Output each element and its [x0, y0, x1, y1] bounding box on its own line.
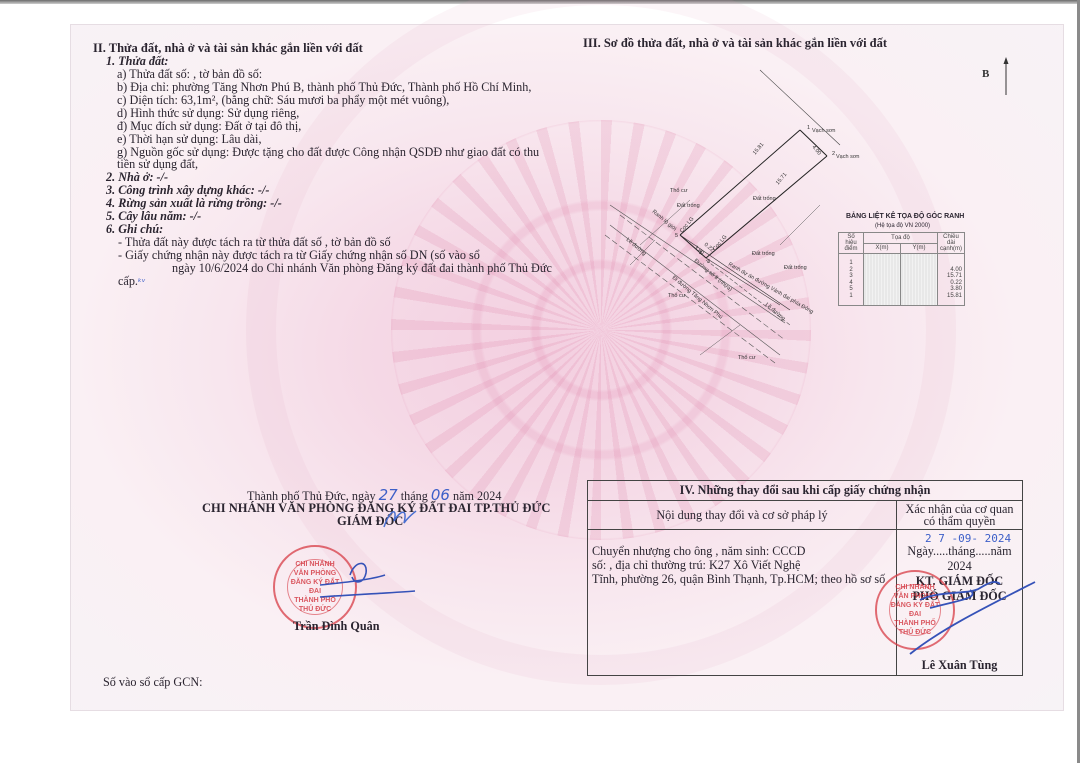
signature-right [900, 570, 1040, 660]
label-vach-son-1: Vạch sơn [812, 128, 835, 134]
signature-initials-left [380, 505, 420, 533]
svg-text:3: 3 [707, 259, 710, 265]
label-dat-trong-1: Đất trống [677, 203, 700, 209]
label-tho-cu-bottom: Thổ cư [738, 354, 756, 361]
label-dat-trong-4: Đất trống [784, 265, 807, 271]
section-iv-title: IV. Những thay đổi sau khi cấp giấy chứn… [588, 481, 1023, 501]
change-content: Chuyển nhượng cho ông , năm sinh: CCCD s… [588, 530, 897, 676]
label-coc-lg-2: Cọc LG [712, 234, 729, 252]
section-iii-title: III. Sơ đồ thửa đất, nhà ở và tài sản kh… [583, 37, 887, 50]
label-dat-trong-2: Đất trống [753, 196, 776, 202]
svg-text:5: 5 [675, 233, 678, 239]
label-coc-lg-1: Cọc LG [679, 216, 696, 234]
label-tho-cu-left: Thổ cư [668, 292, 686, 299]
label-duong-so-8: Đường số 8 (nhựa) [693, 258, 733, 293]
registry-label: Số vào sổ cấp GCN: [103, 676, 203, 689]
note-issue-date: ngày 10/6/2024 do Chi nhánh Văn phòng Đă… [172, 262, 552, 275]
redacted-y-coords [901, 254, 938, 306]
signer-name-left: Trần Đình Quân [293, 620, 379, 633]
svg-text:1: 1 [807, 125, 810, 131]
label-tho-cu-top: Thổ cư [670, 187, 688, 194]
label-le-duong-left: Lề đường [625, 237, 647, 257]
label-ranh-lo-gioi: Ranh lộ giới [651, 209, 678, 233]
signer-name-right: Lê Xuân Tùng [901, 658, 1018, 673]
label-vach-son-2: Vạch sơn [836, 154, 859, 160]
note-issued: cấp.ᵏᵛ [118, 275, 146, 290]
signature-left [300, 555, 420, 610]
dim-15-81: 15.81 [752, 142, 765, 156]
dim-4-00: 4.00 [810, 144, 821, 156]
svg-text:2: 2 [832, 151, 835, 157]
column-confirmation-header: Xác nhận của cơ quan có thẩm quyền [897, 501, 1023, 530]
date-stamp: 2 7 -09- 2024 [925, 532, 1011, 545]
coord-table: Số hiệu điểm Tọa độ Chiều dài cạnh(m) X(… [838, 232, 965, 306]
column-content-header: Nội dung thay đổi và cơ sở pháp lý [588, 501, 897, 530]
redacted-x-coords [864, 254, 901, 306]
north-indicator: B [982, 68, 990, 80]
dim-15-71: 15.71 [775, 172, 788, 186]
label-dat-trong-3: Đất trống [752, 251, 775, 257]
